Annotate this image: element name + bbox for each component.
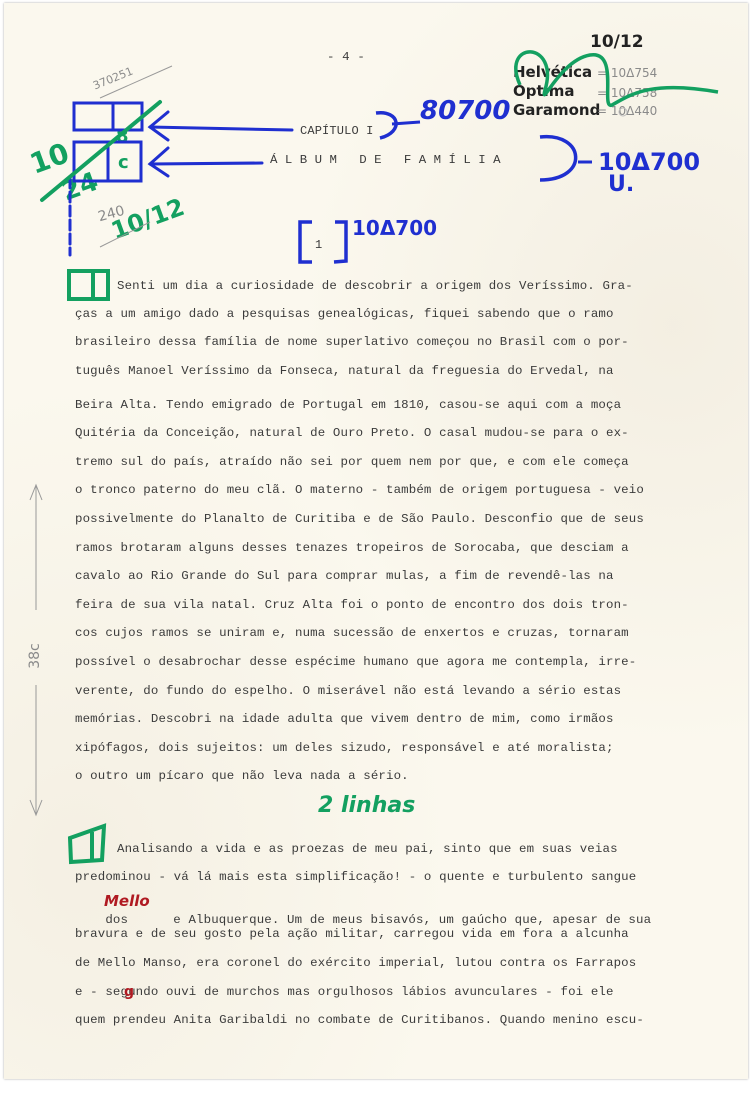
text-line: possível o desabrochar desse espécime hu… bbox=[75, 655, 636, 669]
text-line: predominou - vá lá mais esta simplificaç… bbox=[75, 870, 636, 884]
font-spec-garamond: Garamond bbox=[513, 101, 600, 119]
chapter-spec-annotation: 80700 bbox=[420, 96, 510, 126]
text-line: quem prendeu Anita Garibaldi no combate … bbox=[75, 1013, 644, 1027]
text-line: o outro um pícaro que não leva nada a sé… bbox=[75, 769, 409, 783]
section-number: 1 bbox=[315, 238, 322, 252]
title-spec-note: U. bbox=[608, 172, 634, 197]
box-bottom-char: c bbox=[118, 152, 129, 173]
text-fragment: dos bbox=[105, 913, 135, 927]
text-line: Quitéria da Conceição, natural de Ouro P… bbox=[75, 426, 629, 440]
chapter-label: CAPÍTULO I bbox=[300, 124, 374, 138]
text-fragment: e Albuquerque. Um de meus bisavós, um ga… bbox=[166, 913, 651, 927]
text-line: tremo sul do país, atraído não sei por q… bbox=[75, 455, 629, 469]
section-spec-annotation: 10Δ700 bbox=[352, 216, 437, 240]
text-line: Senti um dia a curiosidade de descobrir … bbox=[117, 279, 633, 293]
text-line: Analisando a vida e as proezas de meu pa… bbox=[117, 842, 618, 856]
font-spec-helvetica-value: = 10Δ754 bbox=[597, 66, 657, 80]
font-spec-helvetica: Helvética bbox=[513, 63, 592, 81]
font-spec-optima: Optima bbox=[513, 82, 575, 100]
margin-measure: 38c bbox=[27, 643, 43, 669]
red-correction-g: g bbox=[124, 984, 134, 1000]
text-line: Beira Alta. Tendo emigrado de Portugal e… bbox=[75, 398, 621, 412]
chapter-title: Á L B U M D E F A M Í L I A bbox=[270, 153, 501, 167]
page-number: - 4 - bbox=[327, 50, 365, 64]
font-spec-optima-value: = 10Δ758 bbox=[597, 86, 657, 100]
text-line: ças a um amigo dado a pesquisas genealóg… bbox=[75, 307, 614, 321]
spacing-note: 2 linhas bbox=[318, 793, 415, 818]
box-top-char: 8 bbox=[116, 126, 129, 147]
text-line: possivelmente do Planalto de Curitiba e … bbox=[75, 512, 644, 526]
text-line: tuguês Manoel Veríssimo da Fonseca, natu… bbox=[75, 364, 614, 378]
red-insertion-mello: Mello bbox=[104, 892, 150, 910]
text-line: memórias. Descobri na idade adulta que v… bbox=[75, 712, 614, 726]
text-line: o tronco paterno do meu clã. O materno -… bbox=[75, 483, 644, 497]
text-line: cos cujos ramos se uniram e, numa sucess… bbox=[75, 626, 629, 640]
text-line: bravura e de seu gosto pela ação militar… bbox=[75, 927, 629, 941]
text-line: brasileiro dessa família de nome superla… bbox=[75, 335, 629, 349]
text-line: ramos brotaram alguns desses tenazes tro… bbox=[75, 541, 629, 555]
font-spec-garamond-value: = 10Δ440 bbox=[597, 104, 657, 118]
text-line: e - segundo ouvi de murchos mas orgulhos… bbox=[75, 985, 614, 999]
text-line: cavalo ao Rio Grande do Sul para comprar… bbox=[75, 569, 614, 583]
text-line: de Mello Manso, era coronel do exército … bbox=[75, 956, 636, 970]
text-line: xipófagos, dois sujeitos: um deles sizud… bbox=[75, 741, 614, 755]
text-line: feira de sua vila natal. Cruz Alta foi o… bbox=[75, 598, 629, 612]
fraction-annotation: 10/12 bbox=[590, 32, 644, 52]
text-line: verente, do fundo do espelho. O miseráve… bbox=[75, 684, 621, 698]
